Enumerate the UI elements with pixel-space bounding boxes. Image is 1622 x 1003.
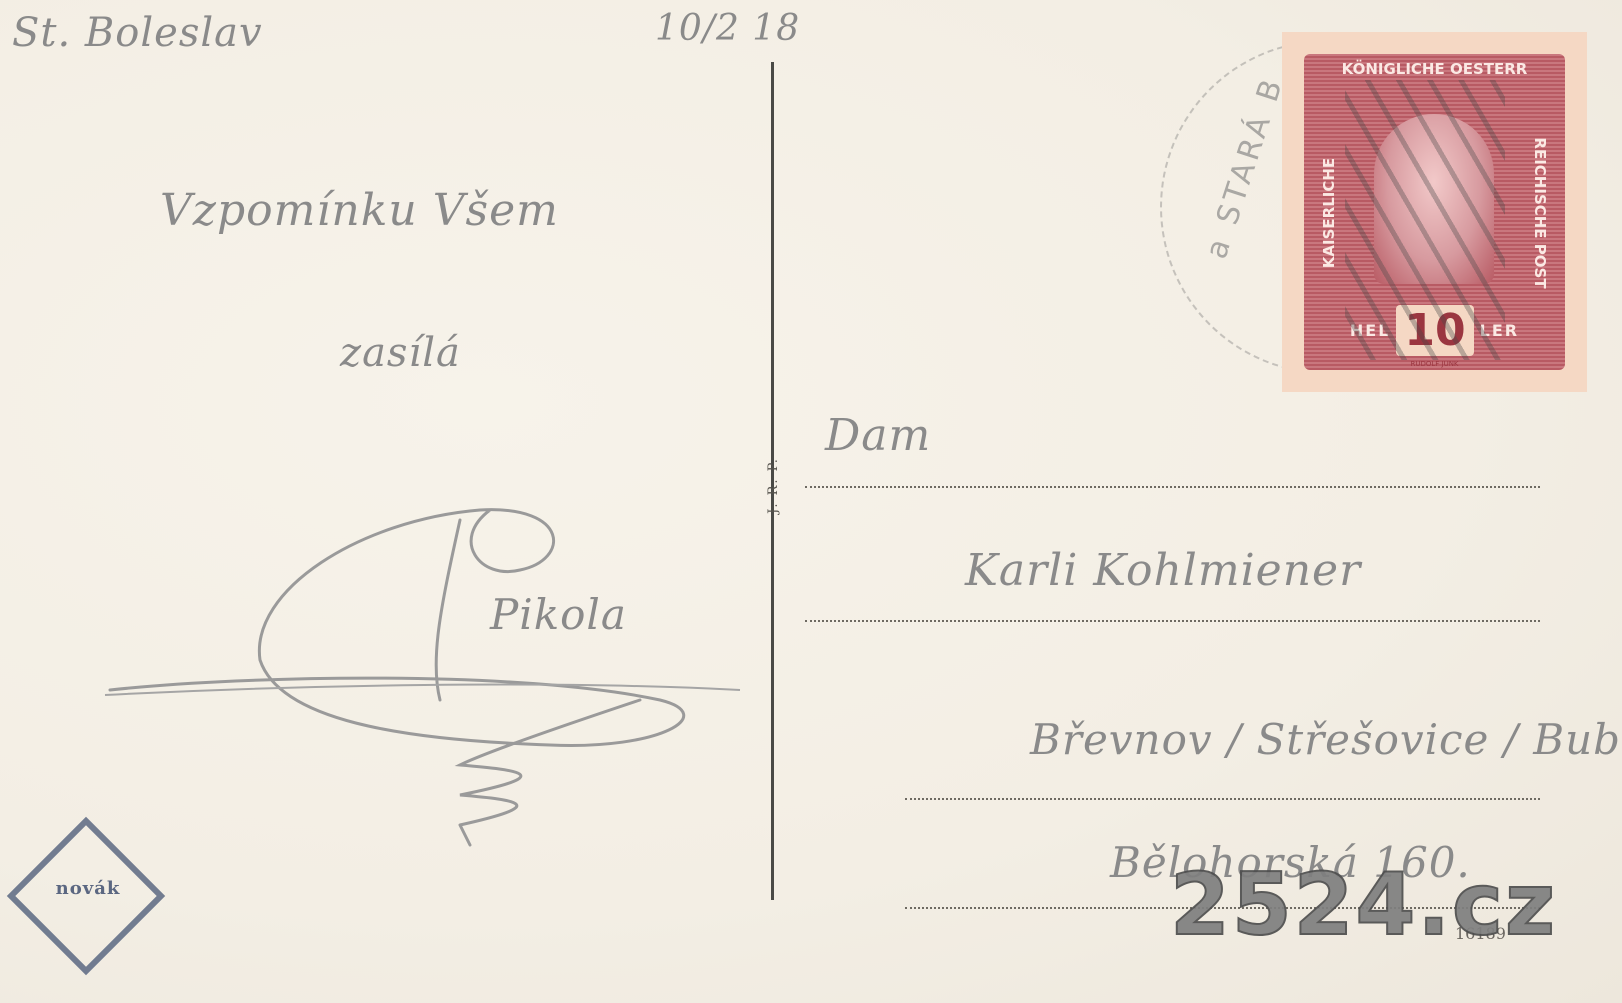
stamp-currency-right: LER: [1480, 321, 1519, 340]
watermark: 2524.cz: [1170, 855, 1557, 955]
address-line-3: [905, 798, 1540, 800]
stamp-designer: RUDOLF JUNK: [1304, 360, 1565, 368]
city-line: Břevnov / Střešovice / Bub: [1030, 715, 1621, 764]
stamp-value: HEL10LER: [1304, 305, 1565, 356]
postcard-back: St. Boleslav 10/2 18 Vzpomínku Všem zasí…: [0, 0, 1622, 1003]
postage-stamp: KÖNIGLICHE OESTERR KAISERLICHE REICHISCH…: [1282, 32, 1587, 392]
address-line-2: [805, 620, 1540, 622]
maker-stamp-text: novák: [38, 878, 138, 899]
date-text: 10/2 18: [655, 8, 800, 49]
publisher-imprint: J. R. P.: [766, 457, 781, 514]
recipient-name: Karli Kohlmiener: [965, 545, 1361, 596]
crown-icon: [1374, 114, 1494, 284]
signature-flourish-icon: [100, 500, 780, 880]
stamp-left-text: KAISERLICHE: [1320, 88, 1338, 338]
stamp-design: KÖNIGLICHE OESTERR KAISERLICHE REICHISCH…: [1304, 54, 1565, 370]
stamp-currency-left: HEL: [1350, 321, 1391, 340]
salutation-text: Dam: [825, 410, 931, 461]
stamp-right-text: REICHISCHE POST: [1531, 88, 1549, 338]
address-line-1: [805, 486, 1540, 488]
place-text: St. Boleslav: [12, 10, 263, 56]
message-line-2: zasílá: [340, 330, 461, 376]
stamp-top-text: KÖNIGLICHE OESTERR: [1304, 60, 1565, 78]
stamp-denomination: 10: [1396, 305, 1473, 356]
signature-text: Pikola: [490, 590, 627, 639]
message-line-1: Vzpomínku Všem: [160, 185, 559, 236]
